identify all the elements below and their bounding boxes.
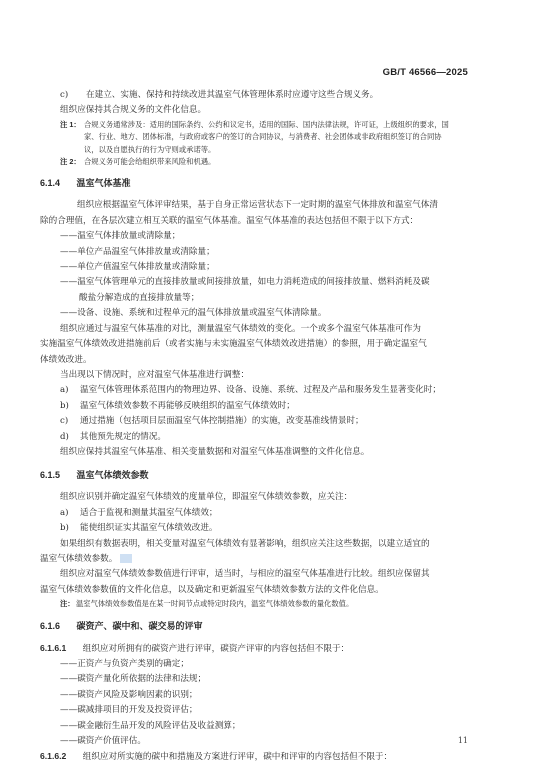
note-2: 注 2： 合规义务可能会给组织带来风险和机遇。: [60, 156, 470, 168]
paragraph: 当出现以下情况时，应对温室气体基准进行调整：: [60, 368, 470, 383]
note-line: 合规义务可能会给组织带来风险和机遇。: [84, 157, 215, 166]
note-1-continuation: 家、行业、地方、团体标准，与政府或客户的签订的合同协议，与消费者、社会团体或非政…: [60, 131, 470, 143]
section-title: 温室气体绩效参数: [77, 470, 149, 480]
paragraph-continuation: 实施温室气体绩效改进措施前后（或者实施与未实施温室气体绩效改进措施）的参照，用于…: [40, 337, 470, 352]
list-item-c: c) 在建立、实施、保持和持续改进其温室气体管理体系时应遵守这些合规义务。: [60, 88, 470, 103]
paragraph-continuation: 除的合理值，在各层次建立相互关联的温室气体基准。温室气体基准的表达包括但不限于以…: [40, 214, 470, 229]
clause-text: 组织应对所拥有的碳资产进行评审，碳资产评审的内容包括但不限于：: [83, 644, 349, 654]
list-label: c): [60, 88, 68, 103]
clause-6-1-6-2: 6.1.6.2 组织应对所实施的碳中和措施及方案进行评审，碳中和评审的内容包括但…: [40, 749, 470, 765]
paragraph-text: 温室气体绩效参数。: [40, 554, 117, 564]
note-label: 注 1：: [60, 119, 81, 131]
list-label: a): [60, 383, 68, 398]
section-number: 6.1.6: [40, 619, 74, 633]
note-line: 合规义务通常涉及：适用的国际条约、公约和议定书，适用的国际、国内法律法规，许可证…: [84, 120, 449, 129]
dash-item: ——碳资产量化所依据的法律和法规；: [60, 672, 470, 687]
list-item-a: a) 温室气体管理体系范围内的物理边界、设备、设施、系统、过程及产品和服务发生显…: [60, 383, 470, 398]
paragraph: 如果组织有数据表明，相关变量对温室气体绩效有显著影响，组织应关注这些数据，以建立…: [60, 537, 470, 552]
dash-item: ——碳减排项目的开发及投资评估；: [60, 703, 470, 718]
dash-item: ——温室气体排放量或清除量；: [60, 229, 470, 244]
list-label: d): [60, 430, 69, 445]
paragraph-keep-compliance: 组织应保持其合规义务的文件化信息。: [60, 103, 470, 118]
list-text: 适合于监视和测量其温室气体绩效；: [80, 508, 218, 518]
section-title: 碳资产、碳中和、碳交易的评审: [77, 621, 203, 631]
section-title: 温室气体基准: [77, 178, 131, 188]
dash-item-continuation: 酸盐分解造成的直接排放量等；: [60, 291, 470, 306]
section-number: 6.1.4: [40, 176, 74, 190]
paragraph: 组织应识别并确定温室气体绩效的度量单位，即温室气体绩效参数，应关注：: [60, 490, 470, 505]
note-label: 注：: [60, 598, 75, 610]
section-heading-6-1-6: 6.1.6 碳资产、碳中和、碳交易的评审: [40, 619, 470, 633]
list-item-b: b) 能使组织证实其温室气体绩效改进。: [60, 521, 470, 536]
list-item-c: c) 通过措施（包括项目层面温室气体控制措施）的实施，改变基准线情景时；: [60, 414, 470, 429]
clause-number: 6.1.6.1: [40, 641, 80, 656]
list-text: 温室气体管理体系范围内的物理边界、设备、设施、系统、过程及产品和服务发生显著变化…: [80, 385, 441, 395]
dash-item: ——碳资产风险及影响因素的识别；: [60, 688, 470, 703]
clause-text: 组织应对所实施的碳中和措施及方案进行评审，碳中和评审的内容包括但不限于：: [83, 752, 392, 762]
dash-item: ——单位产值温室气体排放量或清除量；: [60, 260, 470, 275]
list-label: c): [60, 414, 68, 429]
paragraph-continuation: 体绩效改进。: [40, 353, 470, 368]
clause-number: 6.1.6.2: [40, 749, 80, 764]
paragraph: 组织应保持其温室气体基准、相关变量数据和对温室气体基准调整的文件化信息。: [60, 445, 470, 460]
list-label: a): [60, 506, 68, 521]
list-item-d: d) 其他预先规定的情况。: [60, 430, 470, 445]
dash-item: ——碳资产价值评估。: [60, 734, 470, 749]
section-number: 6.1.5: [40, 468, 74, 482]
paragraph-continuation: 温室气体绩效参数值的文件化信息，以及确定和更新温室气体绩效参数方法的文件化信息。: [40, 583, 470, 598]
section-heading-6-1-4: 6.1.4 温室气体基准: [40, 176, 470, 190]
list-text: 温室气体绩效参数不再能够反映组织的温室气体绩效时；: [80, 401, 295, 411]
list-item-b: b) 温室气体绩效参数不再能够反映组织的温室气体绩效时；: [60, 399, 470, 414]
list-label: b): [60, 399, 69, 414]
note-label: 注 2：: [60, 156, 81, 168]
note-1: 注 1： 合规义务通常涉及：适用的国际条约、公约和议定书，适用的国际、国内法律法…: [60, 119, 470, 131]
paragraph: 组织应对温室气体绩效参数值进行评审，适当时，与相应的温室气体基准进行比较。组织应…: [60, 567, 470, 582]
paragraph: 组织应根据温室气体评审结果，基于自身正常运营状态下一定时期的温室气体排放和温室气…: [60, 198, 470, 213]
list-text: 在建立、实施、保持和持续改进其温室气体管理体系时应遵守这些合规义务。: [80, 90, 378, 100]
note-1-continuation: 议，以及自愿执行的行为守则或承诺等。: [60, 144, 470, 156]
paragraph-continuation: 温室气体绩效参数。: [40, 552, 470, 567]
dash-item: ——温室气体管理单元的直接排放量或间接排放量，如电力消耗造成的间接排放量、燃料消…: [60, 275, 470, 290]
list-item-a: a) 适合于监视和测量其温室气体绩效；: [60, 506, 470, 521]
section-heading-6-1-5: 6.1.5 温室气体绩效参数: [40, 468, 470, 482]
note-line: 温室气体绩效参数值是在某一时间节点或特定时段内，温室气体绩效参数的量化数值。: [76, 599, 353, 608]
document-page-body: c) 在建立、实施、保持和持续改进其温室气体管理体系时应遵守这些合规义务。 组织…: [60, 88, 470, 766]
note: 注： 温室气体绩效参数值是在某一时间节点或特定时段内，温室气体绩效参数的量化数值…: [60, 598, 470, 610]
standard-id-header: GB/T 46566—2025: [383, 67, 468, 78]
dash-item: ——碳金融衍生品开发的风险评估及收益测算；: [60, 719, 470, 734]
list-text: 其他预先规定的情况。: [80, 432, 166, 442]
list-label: b): [60, 521, 69, 536]
list-text: 能使组织证实其温室气体绩效改进。: [80, 523, 218, 533]
dash-item: ——单位产品温室气体排放量或清除量；: [60, 245, 470, 260]
dash-item: ——设备、设施、系统和过程单元的温气体排放量或温室气体清除量。: [60, 306, 470, 321]
clause-6-1-6-1: 6.1.6.1 组织应对所拥有的碳资产进行评审，碳资产评审的内容包括但不限于：: [40, 641, 470, 657]
page-number: 11: [458, 736, 468, 745]
paragraph: 组织应通过与温室气体基准的对比，测量温室气体绩效的变化。一个或多个温室气体基准可…: [60, 322, 470, 337]
list-text: 通过措施（包括项目层面温室气体控制措施）的实施，改变基准线情景时；: [80, 416, 364, 426]
watermark-icon: [120, 554, 132, 563]
dash-item: ——正资产与负资产类别的确定；: [60, 657, 470, 672]
